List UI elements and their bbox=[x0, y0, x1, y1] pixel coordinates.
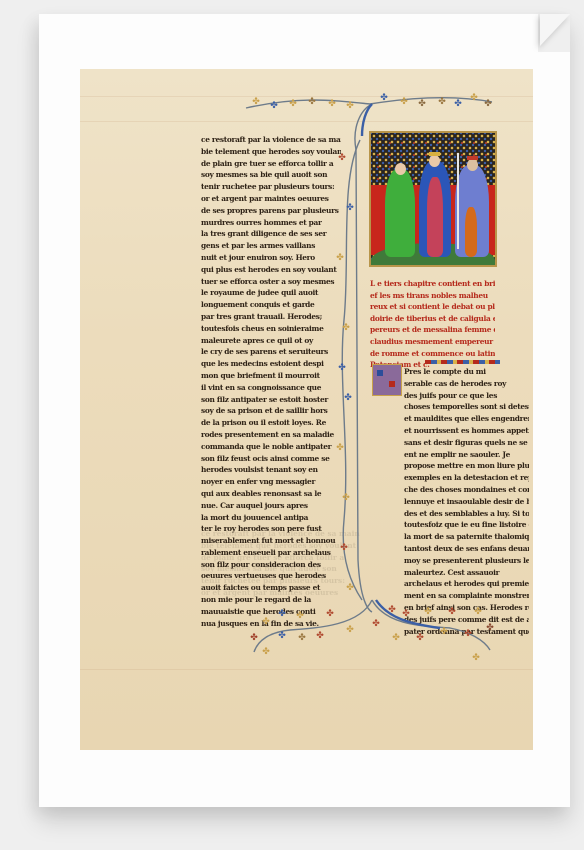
svg-text:✤: ✤ bbox=[486, 623, 494, 633]
svg-text:✤: ✤ bbox=[424, 607, 432, 617]
svg-text:✤: ✤ bbox=[278, 631, 286, 641]
svg-text:✤: ✤ bbox=[346, 625, 354, 635]
svg-text:✤: ✤ bbox=[346, 203, 354, 213]
svg-text:✤: ✤ bbox=[344, 393, 352, 403]
svg-text:✤: ✤ bbox=[336, 443, 344, 453]
svg-text:✤: ✤ bbox=[316, 631, 324, 641]
svg-text:✤: ✤ bbox=[250, 633, 258, 643]
svg-text:✤: ✤ bbox=[336, 253, 344, 263]
svg-text:✤: ✤ bbox=[416, 633, 424, 643]
svg-text:✤: ✤ bbox=[308, 97, 316, 107]
svg-text:✤: ✤ bbox=[470, 93, 478, 103]
svg-text:✤: ✤ bbox=[252, 97, 260, 107]
svg-text:✤: ✤ bbox=[340, 543, 348, 553]
svg-text:✤: ✤ bbox=[472, 653, 480, 663]
svg-text:✤: ✤ bbox=[454, 99, 462, 109]
svg-text:✤: ✤ bbox=[262, 617, 270, 627]
svg-text:✤: ✤ bbox=[346, 101, 354, 111]
svg-text:✤: ✤ bbox=[270, 101, 278, 111]
svg-text:✤: ✤ bbox=[380, 93, 388, 103]
svg-text:✤: ✤ bbox=[338, 363, 346, 373]
svg-text:✤: ✤ bbox=[418, 99, 426, 109]
svg-text:✤: ✤ bbox=[296, 611, 304, 621]
svg-text:✤: ✤ bbox=[448, 607, 456, 617]
svg-text:✤: ✤ bbox=[262, 647, 270, 657]
svg-text:✤: ✤ bbox=[372, 619, 380, 629]
svg-text:✤: ✤ bbox=[342, 323, 350, 333]
svg-text:✤: ✤ bbox=[388, 605, 396, 615]
svg-text:✤: ✤ bbox=[392, 633, 400, 643]
svg-text:✤: ✤ bbox=[464, 629, 472, 639]
border-vinework: ✤ ✤ ✤ ✤ ✤ ✤ ✤ ✤ ✤ ✤ ✤ ✤ ✤ ✤ ✤ ✤ ✤ ✤ ✤ ✤ … bbox=[0, 0, 584, 850]
svg-text:✤: ✤ bbox=[298, 633, 306, 643]
svg-text:✤: ✤ bbox=[484, 99, 492, 109]
svg-text:✤: ✤ bbox=[326, 609, 334, 619]
svg-text:✤: ✤ bbox=[289, 99, 297, 109]
svg-text:✤: ✤ bbox=[338, 153, 346, 163]
svg-text:✤: ✤ bbox=[346, 583, 354, 593]
svg-text:✤: ✤ bbox=[328, 99, 336, 109]
svg-text:✤: ✤ bbox=[342, 493, 350, 503]
svg-text:✤: ✤ bbox=[438, 97, 446, 107]
svg-text:✤: ✤ bbox=[474, 607, 482, 617]
svg-text:✤: ✤ bbox=[402, 609, 410, 619]
svg-text:✤: ✤ bbox=[440, 627, 448, 637]
svg-text:✤: ✤ bbox=[400, 97, 408, 107]
svg-text:✤: ✤ bbox=[278, 609, 286, 619]
